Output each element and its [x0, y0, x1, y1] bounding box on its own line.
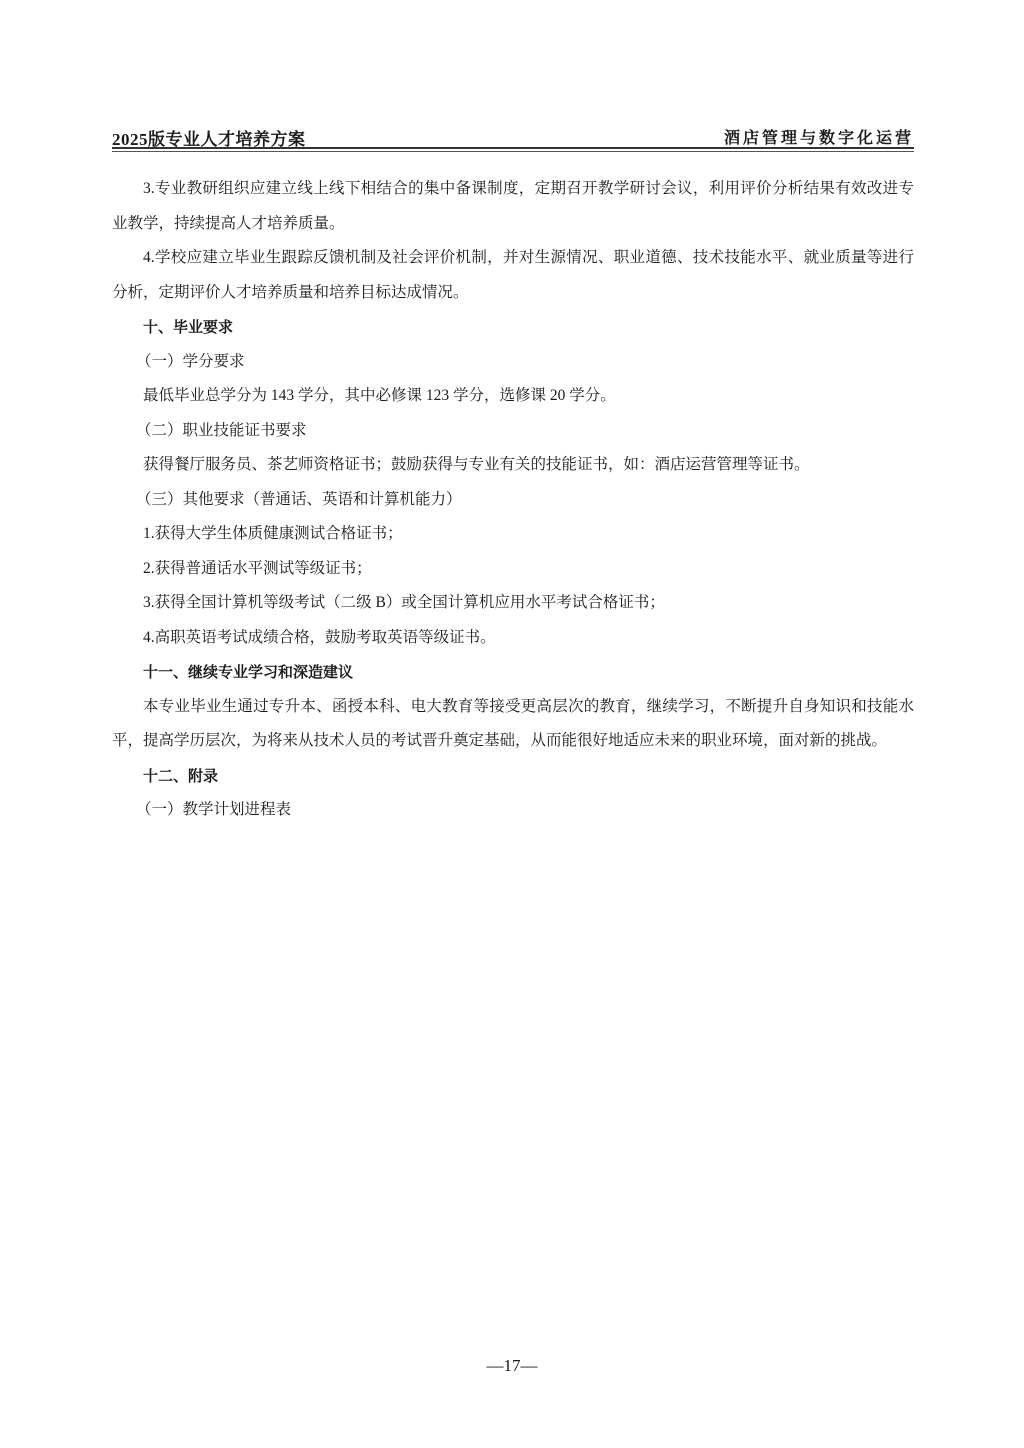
page-number: —17— — [0, 1356, 1024, 1376]
list-item: 4.高职英语考试成绩合格，鼓励考取英语等级证书。 — [112, 621, 914, 656]
subsection-heading-other-requirements: （三）其他要求（普通话、英语和计算机能力） — [112, 483, 914, 518]
section-heading-graduation-requirements: 十、毕业要求 — [112, 310, 914, 345]
further-study-text: 本专业毕业生通过专升本、函授本科、电大教育等接受更高层次的教育，继续学习，不断提… — [112, 690, 914, 759]
paragraph-item-4: 4.学校应建立毕业生跟踪反馈机制及社会评价机制，并对生源情况、职业道德、技术技能… — [112, 241, 914, 310]
header-divider-thick — [112, 147, 914, 149]
section-heading-appendix: 十二、附录 — [112, 759, 914, 794]
list-item: 3.获得全国计算机等级考试（二级 B）或全国计算机应用水平考试合格证书； — [112, 586, 914, 621]
subsection-heading-certificates: （二）职业技能证书要求 — [112, 414, 914, 449]
header-major-name: 酒店管理与数字化运营 — [724, 125, 914, 148]
subsection-heading-teaching-plan: （一）教学计划进程表 — [112, 793, 914, 828]
paragraph-item-3: 3.专业教研组织应建立线上线下相结合的集中备课制度，定期召开教学研讨会议，利用评… — [112, 172, 914, 241]
certificates-text: 获得餐厅服务员、茶艺师资格证书；鼓励获得与专业有关的技能证书，如：酒店运营管理等… — [112, 448, 914, 483]
section-heading-further-study: 十一、继续专业学习和深造建议 — [112, 655, 914, 690]
list-item: 1.获得大学生体质健康测试合格证书； — [112, 517, 914, 552]
credits-text: 最低毕业总学分为 143 学分，其中必修课 123 学分，选修课 20 学分。 — [112, 379, 914, 414]
list-item: 2.获得普通话水平测试等级证书； — [112, 552, 914, 587]
subsection-heading-credits: （一）学分要求 — [112, 345, 914, 380]
page-body: 3.专业教研组织应建立线上线下相结合的集中备课制度，定期召开教学研讨会议，利用评… — [112, 172, 914, 828]
header-divider-thin — [112, 151, 914, 152]
